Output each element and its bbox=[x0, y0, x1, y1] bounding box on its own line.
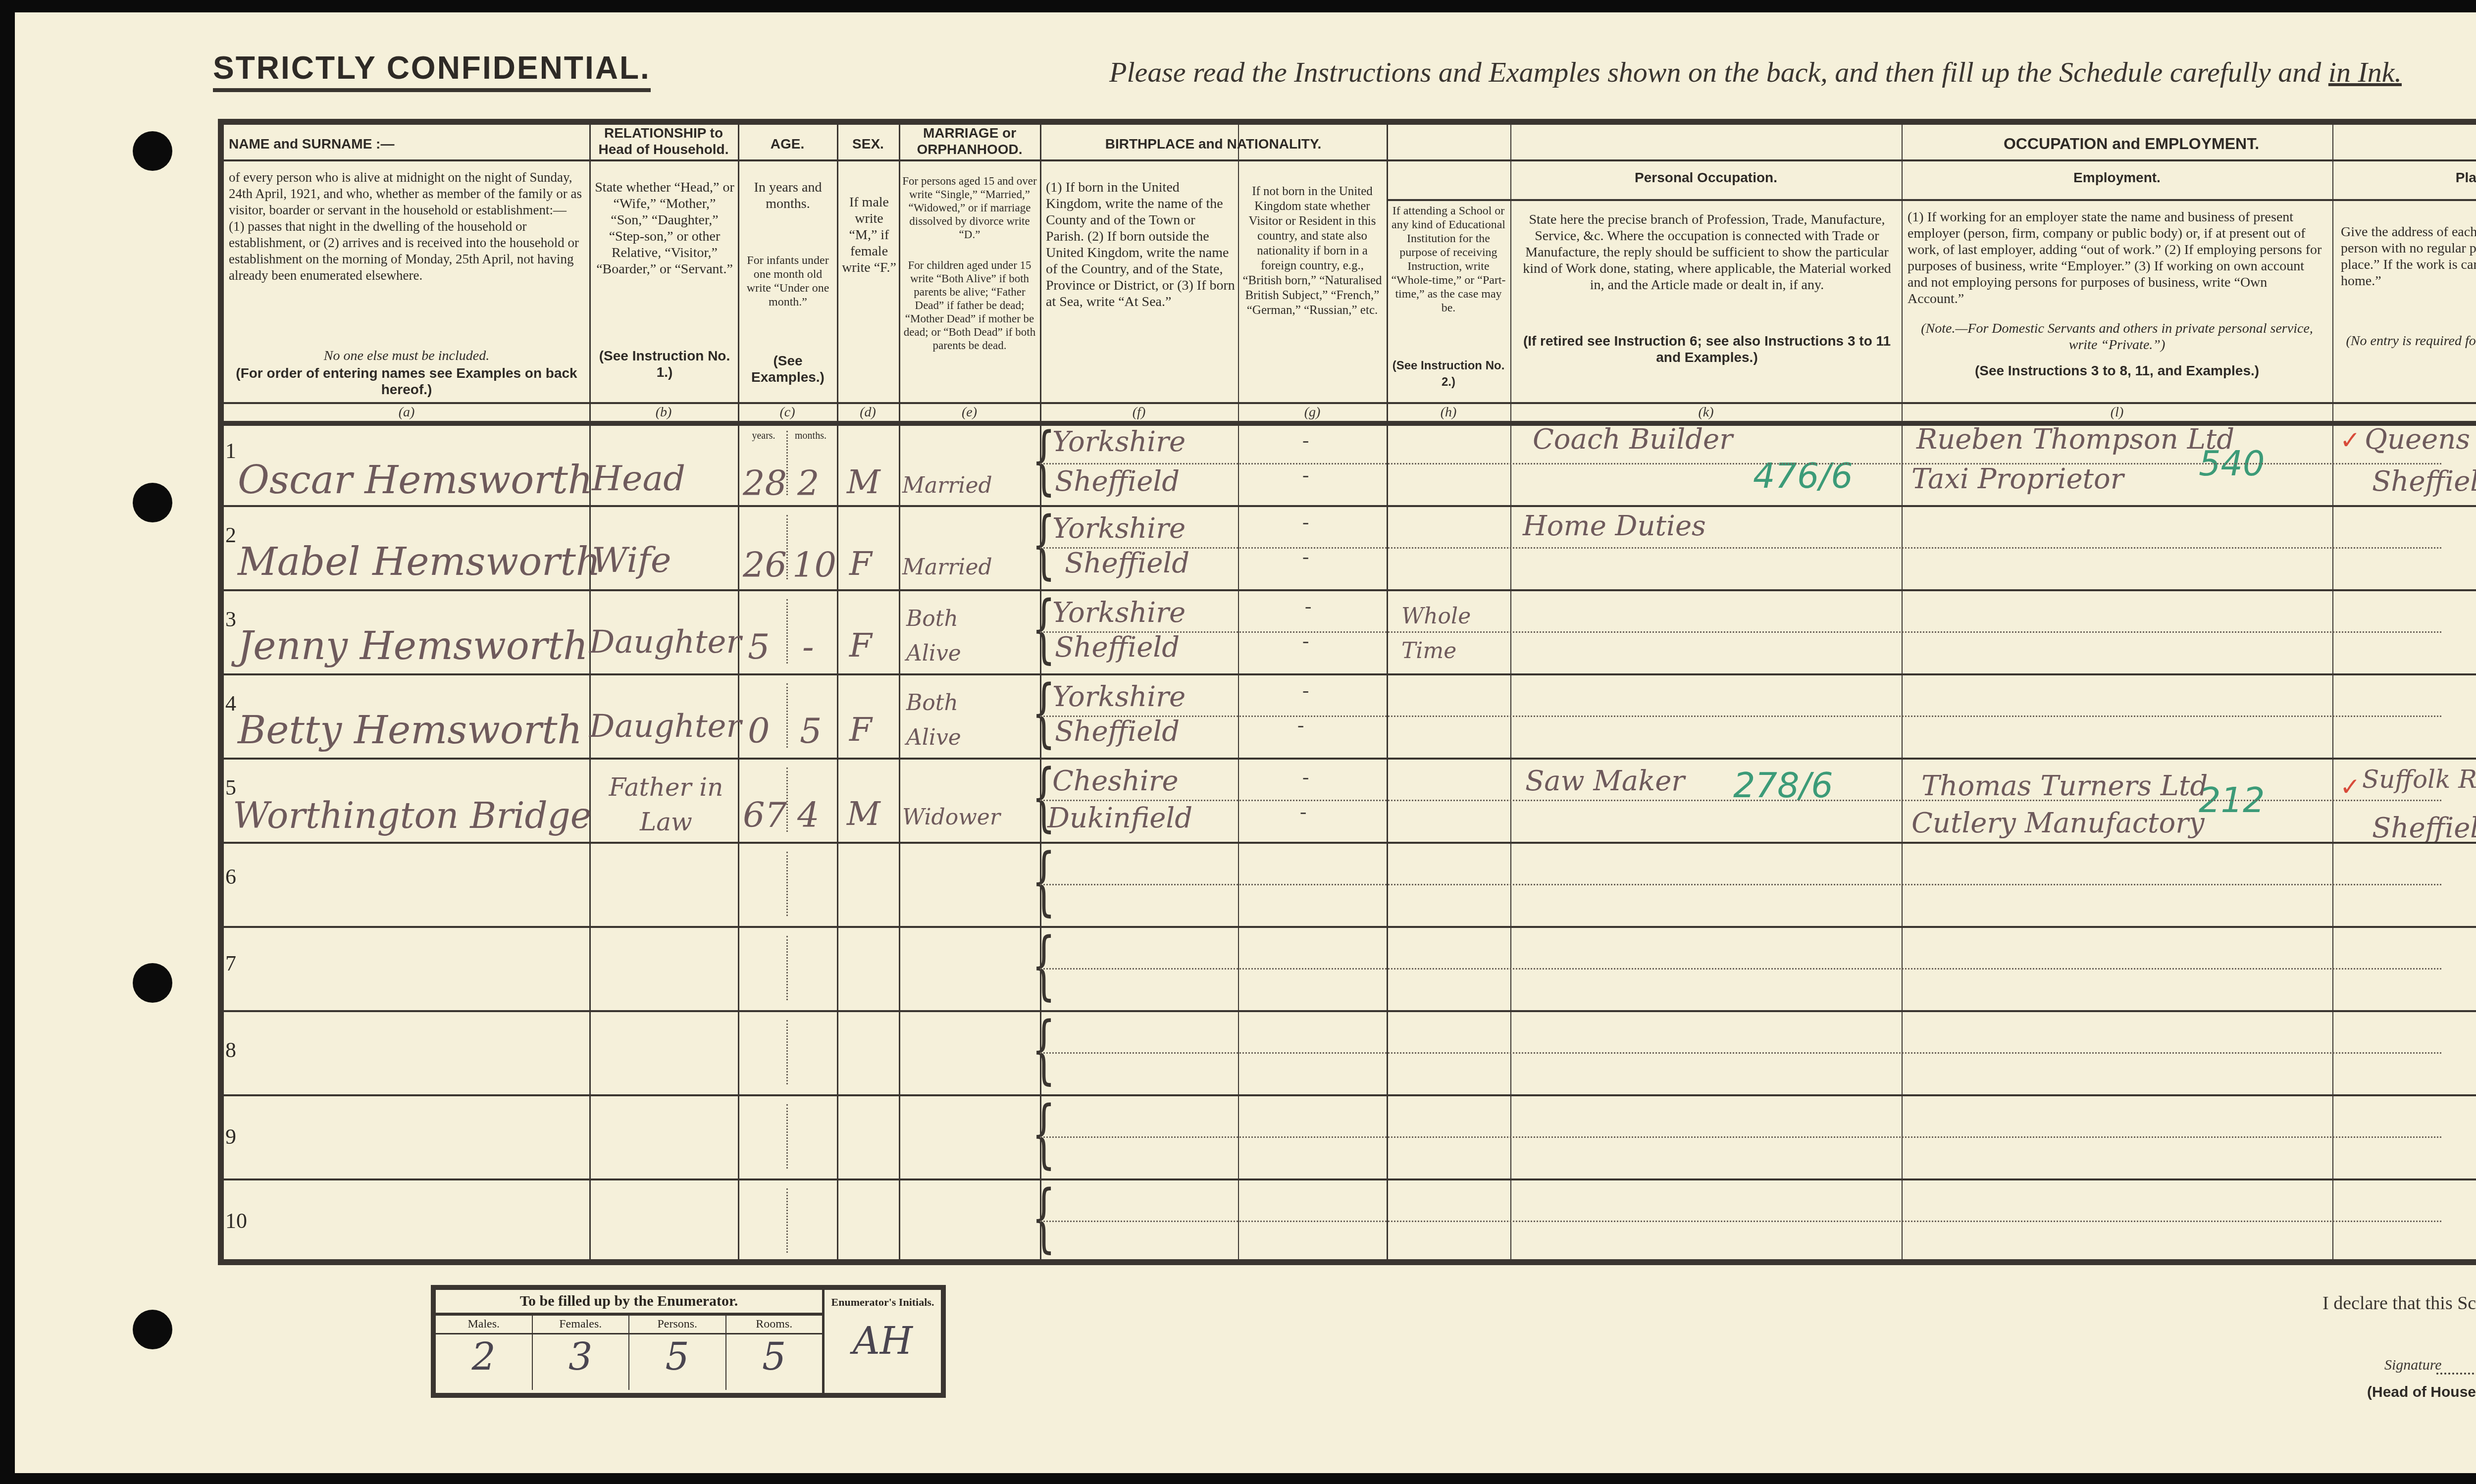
age-divider bbox=[786, 936, 788, 1000]
person-name: Worthington Bridge bbox=[233, 795, 591, 836]
punch-hole bbox=[133, 131, 172, 171]
brace-icon: { bbox=[1032, 508, 1056, 582]
age-years: 28 bbox=[743, 463, 787, 504]
age-months: 4 bbox=[797, 795, 820, 835]
females-cell: Females.3 bbox=[532, 1316, 629, 1390]
dotted-guide bbox=[1040, 463, 2441, 464]
age-divider bbox=[786, 599, 788, 664]
sex: F bbox=[849, 626, 872, 665]
col-e-sub: For children aged under 15 write “Both A… bbox=[902, 258, 1037, 352]
col-g-body: If not born in the United Kingdom state … bbox=[1240, 184, 1385, 318]
age-years: 5 bbox=[748, 626, 770, 667]
dotted-guide bbox=[1040, 968, 2441, 970]
employer-business: Taxi Proprietor bbox=[1911, 463, 2124, 495]
age-months-label: months. bbox=[783, 428, 838, 444]
nationality: - bbox=[1302, 510, 1309, 533]
col-letter: (c) bbox=[738, 405, 837, 420]
row-divider bbox=[224, 589, 2476, 591]
birth-county: Yorkshire bbox=[1052, 512, 1186, 545]
col-k-title: Personal Occupation. bbox=[1512, 169, 1900, 186]
age-months: 2 bbox=[797, 463, 820, 504]
sex: F bbox=[849, 711, 872, 749]
persons-label: Persons. bbox=[629, 1316, 725, 1334]
header-rule bbox=[1387, 199, 2476, 201]
employer: Rueben Thompson Ltd bbox=[1916, 423, 2234, 456]
birthplace-title: BIRTHPLACE and NATIONALITY. bbox=[1042, 136, 1385, 152]
col-d-body: If male write “M,” if female write “F.” bbox=[842, 194, 896, 276]
signature-note: (Head of Household, Manager of Establish… bbox=[2367, 1384, 2476, 1401]
males-label: Males. bbox=[436, 1316, 532, 1334]
row-divider bbox=[224, 673, 2476, 675]
enumerator-summary-box: To be filled up by the Enumerator. Males… bbox=[431, 1285, 946, 1398]
birth-town: Sheffield bbox=[1055, 465, 1180, 498]
work-address: Suffolk Rd bbox=[2362, 765, 2476, 794]
age-divider bbox=[786, 1020, 788, 1084]
dotted-guide bbox=[1040, 1221, 2441, 1222]
census-form-table: NAME and SURNAME :— of every person who … bbox=[218, 119, 2476, 1265]
relationship: Daughter bbox=[589, 708, 741, 745]
col-divider bbox=[1902, 125, 1903, 1259]
birth-town: Sheffield bbox=[1055, 631, 1180, 664]
row-number: 7 bbox=[225, 951, 236, 976]
age-divider bbox=[786, 683, 788, 748]
instruction-line: Please read the Instructions and Example… bbox=[1109, 55, 2402, 89]
row-divider bbox=[224, 1178, 2476, 1180]
age-divider bbox=[786, 431, 788, 495]
sex: F bbox=[849, 545, 872, 583]
occupation-code: 476/6 bbox=[1753, 456, 1853, 496]
males-cell: Males.2 bbox=[436, 1316, 532, 1390]
col-b-footer: (See Instruction No. 1.) bbox=[594, 348, 735, 380]
persons-cell: Persons.5 bbox=[628, 1316, 725, 1390]
birth-county: Yorkshire bbox=[1052, 426, 1186, 458]
col-k-body: State here the precise branch of Profess… bbox=[1521, 211, 1893, 293]
row-number: 4 bbox=[225, 691, 236, 716]
col-f-body: (1) If born in the United Kingdom, write… bbox=[1046, 179, 1236, 310]
col-divider bbox=[899, 125, 900, 1259]
row-divider bbox=[224, 505, 2476, 507]
col-c-title: AGE. bbox=[740, 136, 835, 152]
persons-value: 5 bbox=[629, 1334, 725, 1379]
col-c-sub: For infants under one month old write “U… bbox=[742, 254, 834, 309]
age-months: - bbox=[802, 626, 814, 667]
marriage-status: Married bbox=[902, 555, 992, 580]
brace-icon: { bbox=[1032, 1181, 1056, 1255]
age-years: 67 bbox=[743, 795, 787, 835]
brace-icon: { bbox=[1032, 592, 1056, 666]
col-divider bbox=[1387, 125, 1388, 1259]
person-name: Oscar Hemsworth bbox=[238, 458, 593, 503]
occupation: Saw Maker bbox=[1525, 765, 1685, 797]
row-divider bbox=[224, 926, 2476, 928]
employer-business: Cutlery Manufactory bbox=[1911, 807, 2205, 839]
males-value: 2 bbox=[436, 1334, 532, 1379]
age-months: 10 bbox=[792, 545, 836, 585]
sex: M bbox=[847, 795, 880, 833]
initials-value: AH bbox=[825, 1319, 941, 1363]
col-e-body: For persons aged 15 and over write “Sing… bbox=[902, 174, 1037, 241]
col-letter: (l) bbox=[1902, 405, 2332, 420]
col-k-footer: (If retired see Instruction 6; see also … bbox=[1521, 333, 1893, 365]
dotted-guide bbox=[1040, 547, 2441, 549]
col-l-title: Employment. bbox=[1904, 169, 2330, 186]
col-h-footer: (See Instruction No. 2.) bbox=[1389, 358, 1508, 390]
col-m-body: Give the address of each person's place … bbox=[2341, 224, 2476, 289]
age-divider bbox=[786, 515, 788, 579]
brace-icon: { bbox=[1032, 1013, 1056, 1087]
col-a-footer: (For order of entering names see Example… bbox=[229, 365, 584, 398]
col-divider bbox=[1238, 125, 1239, 1259]
col-letter: (k) bbox=[1510, 405, 1902, 420]
brace-icon: { bbox=[1032, 844, 1056, 919]
signature-label: Signature bbox=[2384, 1357, 2442, 1374]
check-mark-icon: ✓ bbox=[2340, 426, 2361, 455]
birth-county: Yorkshire bbox=[1052, 681, 1186, 713]
col-m-note: (No entry is required for any person who… bbox=[2341, 333, 2476, 365]
row-number: 10 bbox=[225, 1208, 247, 1233]
row-number: 3 bbox=[225, 607, 236, 632]
initials-label: Enumerator's Initials. bbox=[825, 1290, 941, 1309]
age-years: 26 bbox=[743, 545, 787, 585]
page-title: STRICTLY CONFIDENTIAL. bbox=[213, 50, 651, 92]
rooms-cell: Rooms.5 bbox=[725, 1316, 823, 1390]
row-divider bbox=[224, 758, 2476, 760]
col-letter: (h) bbox=[1387, 405, 1510, 420]
col-a-title: NAME and SURNAME :— bbox=[229, 136, 427, 152]
signature-line bbox=[2436, 1373, 2476, 1375]
relationship: Head bbox=[592, 458, 685, 499]
marriage-status: Both Alive bbox=[906, 602, 980, 671]
females-label: Females. bbox=[533, 1316, 629, 1334]
dotted-guide bbox=[1040, 631, 2441, 633]
occupation: Home Duties bbox=[1523, 510, 1706, 542]
col-l-footer: (See Instructions 3 to 8, 11, and Exampl… bbox=[1908, 362, 2326, 379]
col-l-body: (1) If working for an employer state the… bbox=[1908, 209, 2326, 307]
col-b-body: State whether “Head,” or “Wife,” “Mother… bbox=[594, 179, 735, 277]
row-number: 1 bbox=[225, 438, 236, 463]
relationship: Wife bbox=[592, 540, 671, 580]
females-value: 3 bbox=[533, 1334, 629, 1379]
col-divider bbox=[738, 125, 739, 1259]
col-a-note: No one else must be included. bbox=[229, 348, 584, 364]
nationality: - bbox=[1302, 463, 1309, 486]
age-divider bbox=[786, 768, 788, 832]
declaration-text: I declare that this Schedule is correctl… bbox=[2322, 1292, 2476, 1314]
person-name: Jenny Hemsworth bbox=[238, 624, 588, 668]
employer: Thomas Turners Ltd bbox=[1921, 770, 2208, 802]
col-letter: (m) bbox=[2332, 405, 2476, 420]
dotted-guide bbox=[1040, 1136, 2441, 1138]
header-rule bbox=[224, 402, 2476, 404]
col-b-title: RELATIONSHIP to Head of Household. bbox=[591, 125, 736, 157]
col-a-body: of every person who is alive at midnight… bbox=[229, 169, 584, 284]
row-number: 6 bbox=[225, 864, 236, 889]
person-name: Betty Hemsworth bbox=[238, 708, 582, 753]
col-letter: (d) bbox=[837, 405, 899, 420]
nationality: - bbox=[1300, 800, 1306, 823]
enumerator-box-header: To be filled up by the Enumerator. bbox=[436, 1290, 822, 1316]
row-number: 8 bbox=[225, 1037, 236, 1063]
col-letter: (b) bbox=[589, 405, 738, 420]
age-divider bbox=[786, 1188, 788, 1253]
rooms-value: 5 bbox=[726, 1334, 823, 1379]
row-number: 9 bbox=[225, 1124, 236, 1149]
punch-hole bbox=[133, 483, 172, 522]
birth-town: Sheffield bbox=[1065, 547, 1189, 579]
birth-town: Sheffield bbox=[1055, 716, 1180, 748]
nationality: - bbox=[1305, 594, 1311, 617]
dotted-guide bbox=[1040, 884, 2441, 885]
col-l-note: (Note.—For Domestic Servants and others … bbox=[1908, 320, 2326, 353]
age-months: 5 bbox=[800, 711, 822, 751]
dotted-guide bbox=[1040, 1052, 2441, 1054]
punch-hole bbox=[133, 1310, 172, 1349]
punch-hole bbox=[133, 963, 172, 1003]
work-town: Sheffield bbox=[2372, 812, 2476, 844]
row-number: 2 bbox=[225, 522, 236, 548]
col-letter: (f) bbox=[1040, 405, 1238, 420]
work-town: Sheffield bbox=[2372, 465, 2476, 498]
dotted-guide bbox=[1040, 800, 2441, 801]
marriage-status: Married bbox=[902, 473, 992, 498]
col-c-footer: (See Examples.) bbox=[742, 353, 834, 385]
row-divider bbox=[224, 842, 2476, 844]
check-mark-icon: ✓ bbox=[2340, 772, 2361, 801]
header-rule bbox=[224, 159, 2476, 161]
brace-icon: { bbox=[1032, 1097, 1056, 1171]
occupation: Coach Builder bbox=[1533, 423, 1733, 456]
rooms-label: Rooms. bbox=[726, 1316, 823, 1334]
row-divider bbox=[224, 1094, 2476, 1096]
birth-county: Cheshire bbox=[1052, 765, 1179, 797]
education: Whole Time bbox=[1401, 599, 1461, 668]
brace-icon: { bbox=[1032, 676, 1056, 750]
marriage-status: Widower bbox=[902, 805, 1000, 830]
nationality: - bbox=[1302, 765, 1309, 788]
col-divider bbox=[589, 125, 591, 1259]
brace-icon: { bbox=[1032, 928, 1056, 1003]
age-divider bbox=[786, 852, 788, 916]
col-divider bbox=[2332, 125, 2333, 1259]
col-m-title: Place of Work. bbox=[2334, 169, 2476, 186]
col-letter: (e) bbox=[899, 405, 1040, 420]
birth-county: Yorkshire bbox=[1052, 597, 1186, 629]
brace-icon: { bbox=[1032, 760, 1056, 834]
enumerator-counts: To be filled up by the Enumerator. Males… bbox=[436, 1290, 825, 1393]
marriage-status: Both Alive bbox=[906, 686, 980, 755]
relationship: Father in Law bbox=[594, 770, 738, 839]
col-c-body: In years and months. bbox=[742, 179, 834, 212]
col-letter: (g) bbox=[1238, 405, 1387, 420]
age-years-label: years. bbox=[739, 428, 788, 444]
col-divider bbox=[1510, 125, 1511, 1259]
nationality: - bbox=[1302, 428, 1309, 452]
brace-icon: { bbox=[1032, 423, 1056, 498]
work-address: Queens Rd bbox=[2365, 423, 2476, 456]
col-e-title: MARRIAGE or ORPHANHOOD. bbox=[901, 125, 1038, 157]
occupation-title: OCCUPATION and EMPLOYMENT. bbox=[1389, 136, 2476, 152]
col-h-body: If attending a School or any kind of Edu… bbox=[1389, 204, 1508, 315]
relationship: Daughter bbox=[589, 624, 741, 661]
col-letter: (a) bbox=[224, 405, 589, 420]
col-d-title: SEX. bbox=[839, 136, 897, 152]
col-divider bbox=[837, 125, 838, 1259]
row-divider bbox=[224, 1010, 2476, 1012]
enumerator-initials: Enumerator's Initials. AH bbox=[825, 1290, 941, 1393]
dotted-guide bbox=[1040, 716, 2441, 717]
person-name: Mabel Hemsworth bbox=[238, 540, 601, 584]
birth-town: Dukinfield bbox=[1047, 802, 1192, 834]
age-years: 0 bbox=[748, 711, 770, 751]
sex: M bbox=[847, 463, 880, 501]
nationality: - bbox=[1302, 678, 1309, 702]
age-divider bbox=[786, 1104, 788, 1169]
